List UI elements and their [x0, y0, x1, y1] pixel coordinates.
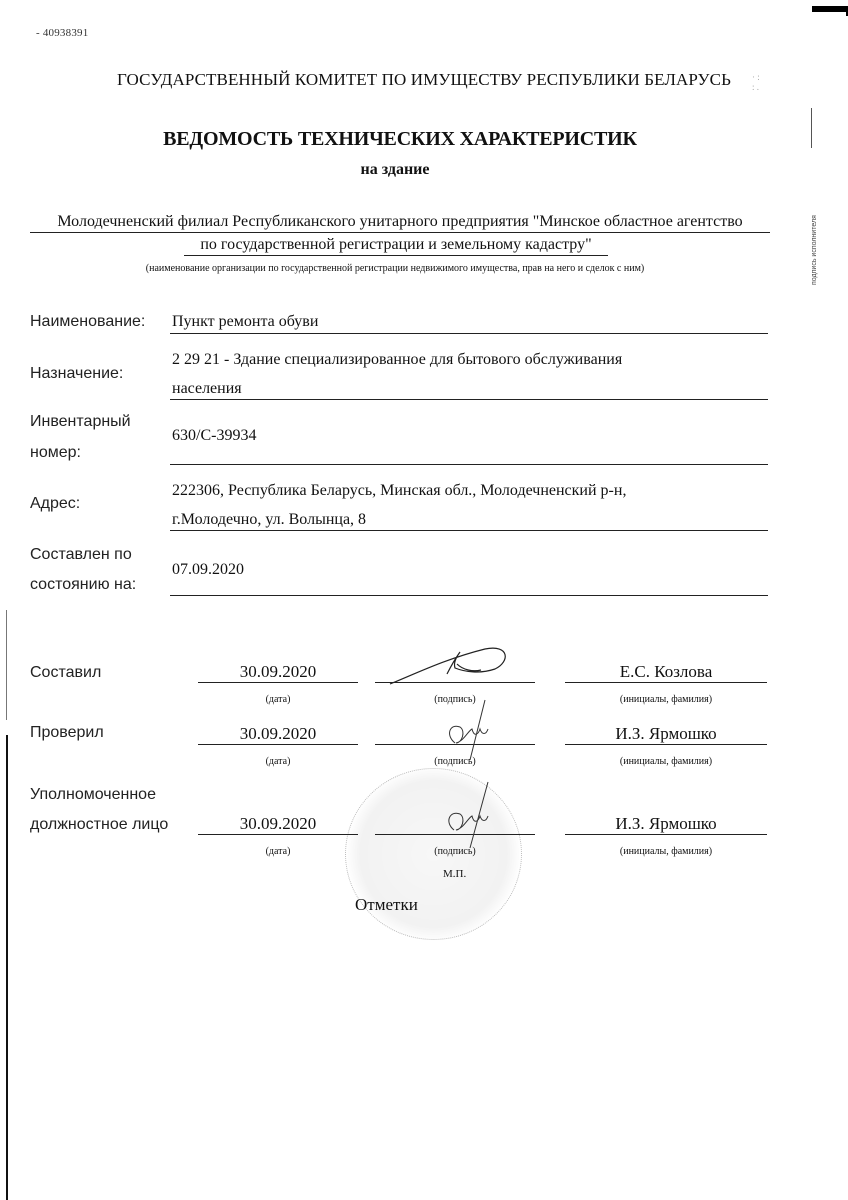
field-value-name: Пункт ремонта обуви [172, 313, 318, 331]
field-rule [170, 399, 768, 400]
caption-date: (дата) [198, 756, 358, 767]
committee-header: ГОСУДАРСТВЕННЫЙ КОМИТЕТ ПО ИМУЩЕСТВУ РЕС… [0, 70, 848, 90]
caption-signature: (подпись) [375, 756, 535, 767]
field-value-address-line1: 222306, Республика Беларусь, Минская обл… [172, 482, 626, 500]
caption-signature: (подпись) [375, 846, 535, 857]
signature-role-authorized-line2: должностное лицо [30, 816, 168, 834]
handwritten-signature-icon [430, 780, 510, 850]
side-dash-line [811, 108, 812, 148]
date-line [198, 682, 358, 683]
handwritten-signature-icon [430, 695, 510, 765]
field-rule [170, 595, 768, 596]
caption-name: (инициалы, фамилия) [565, 756, 767, 767]
caption-date: (дата) [198, 694, 358, 705]
field-label-name: Наименование: [30, 313, 145, 331]
executor-signature-caption: подпись исполнителя [811, 185, 821, 285]
field-value-inventory: 630/С-39934 [172, 427, 256, 445]
name-line [565, 834, 767, 835]
field-label-address: Адрес: [30, 495, 80, 513]
signature-date-authorized: 30.09.2020 [198, 814, 358, 834]
name-line [565, 744, 767, 745]
document-number: - 40938391 [36, 27, 88, 39]
signature-name-compiled: Е.С. Козлова [565, 662, 767, 682]
caption-date: (дата) [198, 846, 358, 857]
scan-edge-line [6, 735, 8, 1200]
signature-role-checked: Проверил [30, 724, 104, 742]
field-label-inventory-line1: Инвентарный [30, 413, 131, 431]
seal-place-caption: М.П. [443, 868, 466, 880]
field-rule [170, 464, 768, 465]
scan-artifact-bar [812, 6, 848, 12]
scan-edge-line [6, 610, 7, 720]
date-line [198, 834, 358, 835]
field-rule [170, 333, 768, 334]
signature-date-checked: 30.09.2020 [198, 724, 358, 744]
organization-name-line2: по государственной регистрации и земельн… [184, 236, 608, 256]
handwritten-signature-icon [385, 644, 515, 689]
organization-name-line1: Молодечненский филиал Республиканского у… [30, 213, 770, 233]
field-value-purpose-line1: 2 29 21 - Здание специализированное для … [172, 351, 622, 369]
caption-name: (инициалы, фамилия) [565, 694, 767, 705]
field-rule [170, 530, 768, 531]
signature-date-compiled: 30.09.2020 [198, 662, 358, 682]
signature-role-authorized-line1: Уполномоченное [30, 786, 156, 804]
organization-caption: (наименование организации по государстве… [0, 263, 790, 274]
signature-name-checked: И.З. Ярмошко [565, 724, 767, 744]
field-label-purpose: Назначение: [30, 365, 123, 383]
document-subtitle: на здание [0, 161, 790, 179]
marks-heading: Отметки [355, 895, 418, 915]
date-line [198, 744, 358, 745]
document-title: ВЕДОМОСТЬ ТЕХНИЧЕСКИХ ХАРАКТЕРИСТИК [0, 128, 800, 151]
field-label-asof-line2: состоянию на: [30, 576, 136, 594]
field-value-purpose-line2: населения [172, 380, 242, 398]
field-value-asof: 07.09.2020 [172, 561, 244, 579]
signature-name-authorized: И.З. Ярмошко [565, 814, 767, 834]
field-value-address-line2: г.Молодечно, ул. Волынца, 8 [172, 511, 366, 529]
signature-role-compiled: Составил [30, 664, 101, 682]
field-label-asof-line1: Составлен по [30, 546, 132, 564]
name-line [565, 682, 767, 683]
field-label-inventory-line2: номер: [30, 444, 81, 462]
caption-name: (инициалы, фамилия) [565, 846, 767, 857]
